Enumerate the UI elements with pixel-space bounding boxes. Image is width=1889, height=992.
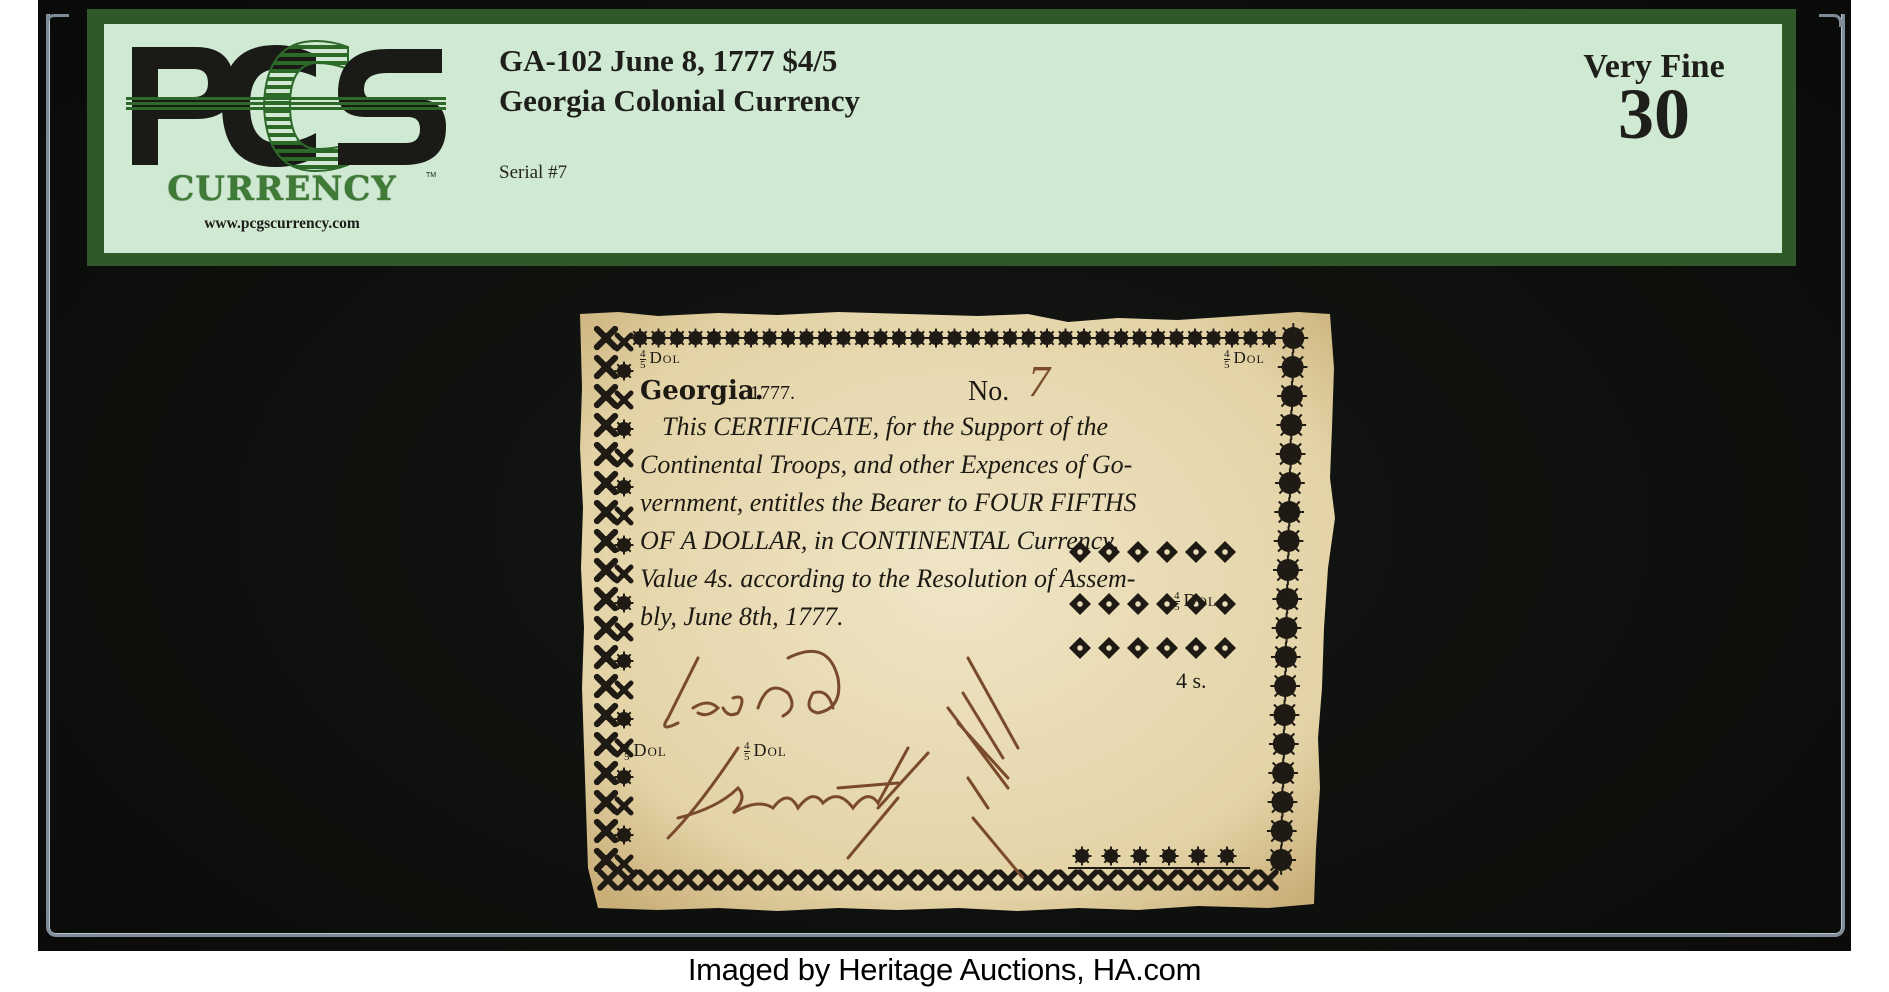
signatures xyxy=(638,638,1038,878)
catalog-title: GA-102 June 8, 1777 $4/5 xyxy=(499,43,837,79)
banknote: 45Dol 45Dol Georgia. 1777. No. 7 This CE… xyxy=(578,308,1336,913)
label-panel: TM CURRENCY www.pcgscurrency.com GA-102 … xyxy=(104,24,1782,253)
bottom-denomination-1: 45Dol xyxy=(624,740,667,762)
catalog-subtitle: Georgia Colonial Currency xyxy=(499,83,860,119)
body-line-2: Continental Troops, and other Expences o… xyxy=(640,450,1132,480)
right-denomination: 45Dol xyxy=(1174,590,1217,612)
handwritten-serial: 7 xyxy=(1028,356,1050,407)
corner-denomination-top-right: 45Dol xyxy=(1224,348,1265,370)
body-line-1: This CERTIFICATE, for the Support of the xyxy=(662,412,1108,442)
state-name: Georgia. xyxy=(640,376,764,406)
body-line-3: vernment, entitles the Bearer to FOUR FI… xyxy=(640,488,1137,518)
body-line-5: Value 4s. according to the Resolution of… xyxy=(640,564,1135,594)
grade-number: 30 xyxy=(1524,78,1784,150)
pcgs-logo-icon: TM xyxy=(126,37,446,177)
currency-wordmark: CURRENCY xyxy=(122,169,442,209)
bottom-denomination-2: 45Dol xyxy=(744,740,787,762)
body-line-6: bly, June 8th, 1777. xyxy=(640,602,844,632)
grading-label: TM CURRENCY www.pcgscurrency.com GA-102 … xyxy=(87,9,1796,266)
body-line-4: OF A DOLLAR, in CONTINENTAL Currency, xyxy=(640,526,1119,556)
number-label: No. xyxy=(968,376,1009,408)
shilling-value: 4 s. xyxy=(1176,668,1207,694)
corner-denomination-top-left: 45Dol xyxy=(640,348,681,370)
plastic-sleeve-corner xyxy=(1819,14,1842,27)
image-credit-caption: Imaged by Heritage Auctions, HA.com xyxy=(0,952,1889,988)
issue-year: 1777. xyxy=(750,382,795,405)
plastic-sleeve-corner xyxy=(46,14,69,27)
serial-number: Serial #7 xyxy=(499,162,567,184)
pcgs-url: www.pcgscurrency.com xyxy=(122,215,442,233)
